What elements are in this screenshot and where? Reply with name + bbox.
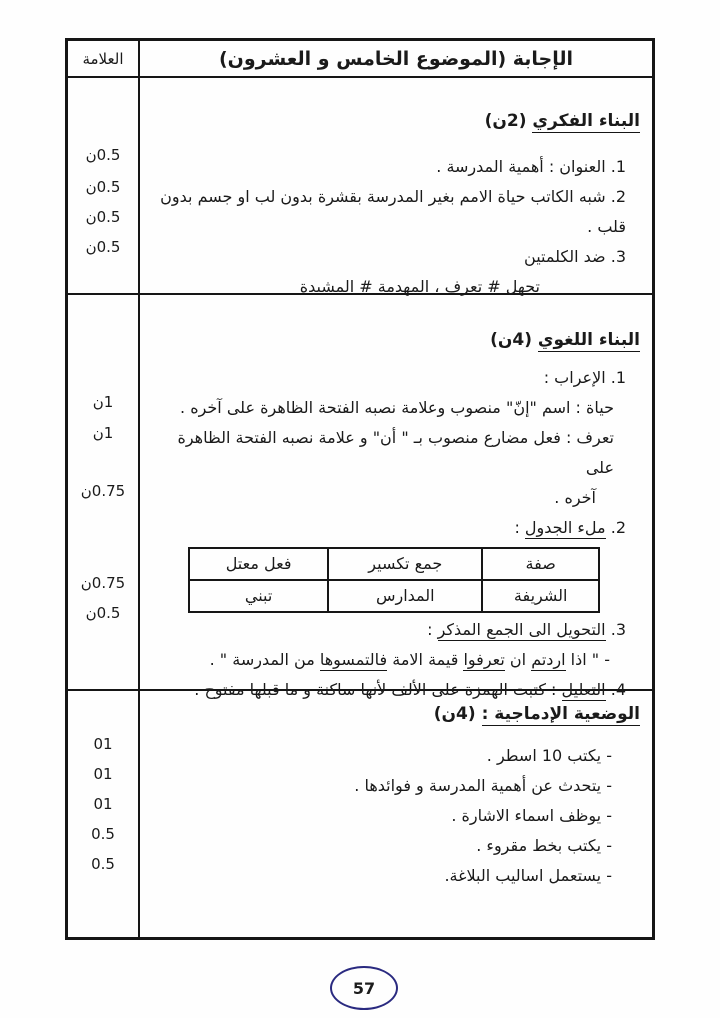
item-number: 3. xyxy=(611,620,626,639)
section2-heading-points: (4ن) xyxy=(490,330,532,350)
parsing-line-hayat: حياة : اسم "إنّ" منصوب وعلامة نصبه الفتح… xyxy=(148,393,640,423)
section2-heading: البناء اللغوي (4ن) xyxy=(148,325,640,355)
criterion-item: - يتحدث عن أهمية المدرسة و فوائدها . xyxy=(148,771,640,801)
mark-value: 01 xyxy=(68,793,138,815)
item-number: 2. xyxy=(611,518,626,537)
section3-marks-cell: 01 01 01 0.5 0.5 xyxy=(68,691,140,937)
mark-value: 0.75ن xyxy=(68,572,138,594)
grammar-fill-table: صفة جمع تكسير فعل معتل الشريفة المدارس ت… xyxy=(188,547,600,613)
section1-marks-cell: 0.5ن 0.5ن 0.5ن 0.5ن xyxy=(68,78,140,295)
page-number: 57 xyxy=(353,979,375,998)
mark-value: 01 xyxy=(68,763,138,785)
masculine-plural-item: 3. التحويل الى الجمع المذكر : xyxy=(148,615,640,645)
quote-run: ان xyxy=(505,650,531,669)
quote-run: قيمة الامة xyxy=(387,650,463,669)
table-header-row: صفة جمع تكسير فعل معتل xyxy=(189,548,599,580)
mark-value: 0.5ن xyxy=(68,236,138,258)
mark-value: 1ن xyxy=(68,422,138,444)
criterion-item: - يوظف اسماء الاشارة . xyxy=(148,801,640,831)
answer-title-cell: الإجابة (الموضوع الخامس و العشرون) xyxy=(140,41,652,78)
marks-header-label: العلامة xyxy=(82,50,123,68)
section1-heading-points: (2ن) xyxy=(485,111,527,131)
table-header-cell: صفة xyxy=(482,548,599,580)
section3-criteria-list: - يكتب 10 اسطر . - يتحدث عن أهمية المدرس… xyxy=(148,741,640,891)
table-data-cell: المدارس xyxy=(328,580,482,612)
section2-heading-label: البناء اللغوي xyxy=(538,330,640,352)
fill-table-item: 2. ملء الجدول : xyxy=(148,513,640,543)
section2-content: البناء اللغوي (4ن) 1. الإعراب : حياة : ا… xyxy=(140,295,652,691)
converted-sentence-quote: - " اذا اردتم ان تعرفوا قيمة الامة فالتم… xyxy=(148,645,640,675)
mark-value: 0.75ن xyxy=(68,480,138,502)
section3-heading: الوضعية الإدماجية : (4ن) xyxy=(148,699,640,729)
table-header-cell: فعل معتل xyxy=(189,548,328,580)
criterion-item: - يكتب بخط مقروء . xyxy=(148,831,640,861)
section2-body: 1. الإعراب : حياة : اسم "إنّ" منصوب وعلا… xyxy=(148,363,640,705)
answer-table: العلامة الإجابة (الموضوع الخامس و العشرو… xyxy=(65,38,655,940)
section3-heading-points: (4ن) xyxy=(434,704,476,724)
mark-value: 01 xyxy=(68,733,138,755)
criterion-item: - يستعمل اساليب البلاغة. xyxy=(148,861,640,891)
table-header-cell: جمع تكسير xyxy=(328,548,482,580)
item-label: ملء الجدول xyxy=(525,518,606,539)
mark-value: 0.5ن xyxy=(68,206,138,228)
mark-value: 0.5 xyxy=(68,853,138,875)
section1-heading-label: البناء الفكري xyxy=(532,111,640,133)
page-number-badge: 57 xyxy=(330,966,398,1010)
section1-items: 1. العنوان : أهمية المدرسة . 2. شبه الكا… xyxy=(148,152,640,302)
criterion-item: - يكتب 10 اسطر . xyxy=(148,741,640,771)
section3-content: الوضعية الإدماجية : (4ن) - يكتب 10 اسطر … xyxy=(140,691,652,937)
table-data-cell: الشريفة xyxy=(482,580,599,612)
mark-value: 0.5ن xyxy=(68,176,138,198)
parsing-line-taarif: تعرف : فعل مضارع منصوب بـ " أن" و علامة … xyxy=(148,423,640,483)
quote-run-underlined: فالتمسوها xyxy=(320,650,387,671)
numbered-item: 2. شبه الكاتب حياة الامم بغير المدرسة بق… xyxy=(148,182,640,242)
quote-run-underlined: تعرفوا xyxy=(463,650,504,671)
marks-column-header: العلامة xyxy=(68,41,140,78)
table-data-row: الشريفة المدارس تبني xyxy=(189,580,599,612)
mark-value: 1ن xyxy=(68,391,138,413)
parsing-line-akhirah: آخره . xyxy=(148,483,640,513)
answer-title: الإجابة (الموضوع الخامس و العشرون) xyxy=(219,48,573,70)
mark-value: 0.5 xyxy=(68,823,138,845)
mark-value: 0.5ن xyxy=(68,602,138,624)
table-data-cell: تبني xyxy=(189,580,328,612)
section1-heading: البناء الفكري (2ن) xyxy=(148,106,640,136)
numbered-item: 1. العنوان : أهمية المدرسة . xyxy=(148,152,640,182)
quote-run-underlined: اردتم xyxy=(531,650,565,671)
numbered-item: 3. ضد الكلمتين xyxy=(148,242,640,272)
quote-run: من المدرسة " . xyxy=(210,650,320,669)
section2-marks-cell: 1ن 1ن 0.75ن 0.75ن 0.5ن xyxy=(68,295,140,691)
item-label: التحويل الى الجمع المذكر xyxy=(438,620,606,641)
section1-content: البناء الفكري (2ن) 1. العنوان : أهمية ال… xyxy=(140,78,652,295)
scanned-answer-sheet-page: العلامة الإجابة (الموضوع الخامس و العشرو… xyxy=(0,0,720,1018)
mark-value: 0.5ن xyxy=(68,144,138,166)
quote-run: - " اذا xyxy=(566,650,610,669)
section3-heading-label: الوضعية الإدماجية : xyxy=(482,704,640,726)
item-rest: : xyxy=(514,518,524,537)
item-rest: : xyxy=(427,620,437,639)
grammar-item-parsing: 1. الإعراب : xyxy=(148,363,640,393)
